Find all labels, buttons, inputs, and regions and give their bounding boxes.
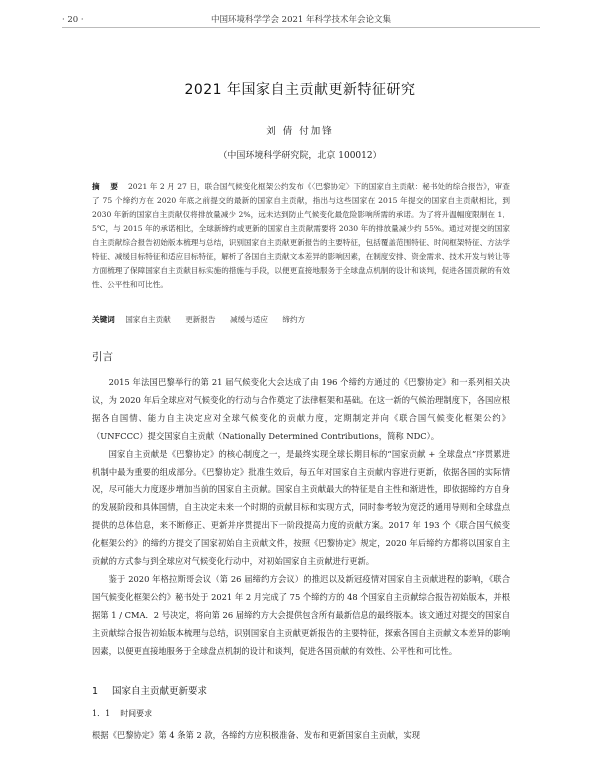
- abstract: 摘 要2021 年 2 月 27 日，联合国气候变化框架公约发布《〈巴黎协定〉下…: [92, 180, 510, 292]
- journal-title: 中国环境科学学会 2021 年科学技术年会论文集: [62, 13, 540, 27]
- section-number: 1: [92, 686, 98, 697]
- paragraph: 国家自主贡献是《巴黎协定》的核心制度之一，是最终实现全球长期目标的“国家贡献 +…: [92, 446, 510, 571]
- paper-title: 2021 年国家自主贡献更新特征研究: [0, 79, 600, 99]
- paragraph: 根据《巴黎协定》第 4 条第 2 款，各缔约方应积极准备、发布和更新国家自主贡献…: [92, 727, 510, 744]
- abstract-text: 2021 年 2 月 27 日，联合国气候变化框架公约发布《〈巴黎协定〉下的国家…: [92, 182, 510, 289]
- paragraph: 鉴于 2020 年格拉斯哥会议（第 26 届缔约方会议）的推迟以及新冠疫情对国家…: [92, 571, 510, 661]
- authors: 刘 倩 付加锋: [0, 123, 600, 137]
- intro-body: 2015 年法国巴黎举行的第 21 届气候变化大会达成了由 196 个缔约方通过…: [92, 374, 510, 661]
- affiliation: （中国环境科学研究院，北京 100012）: [0, 148, 600, 161]
- keyword: 国家自主贡献: [125, 315, 171, 324]
- subsection-number: 1．1: [92, 709, 110, 718]
- section-heading-1: 1国家自主贡献更新要求: [92, 683, 207, 697]
- keywords-label: 关键词: [92, 315, 115, 324]
- running-head: · 20 · 中国环境科学学会 2021 年科学技术年会论文集: [62, 13, 540, 28]
- section-title: 国家自主贡献更新要求: [112, 686, 207, 697]
- subsection-heading-1-1: 1．1时间要求: [92, 708, 152, 719]
- keyword: 缔约方: [282, 315, 305, 324]
- keyword: 更新报告: [185, 315, 215, 324]
- intro-heading: 引言: [92, 349, 113, 364]
- keyword: 减缓与适应: [230, 315, 268, 324]
- keywords: 关键词 国家自主贡献 更新报告 减缓与适应 缔约方: [92, 314, 510, 326]
- abstract-label: 摘 要: [92, 182, 122, 191]
- subsection-title: 时间要求: [120, 709, 152, 718]
- paragraph: 2015 年法国巴黎举行的第 21 届气候变化大会达成了由 196 个缔约方通过…: [92, 374, 510, 446]
